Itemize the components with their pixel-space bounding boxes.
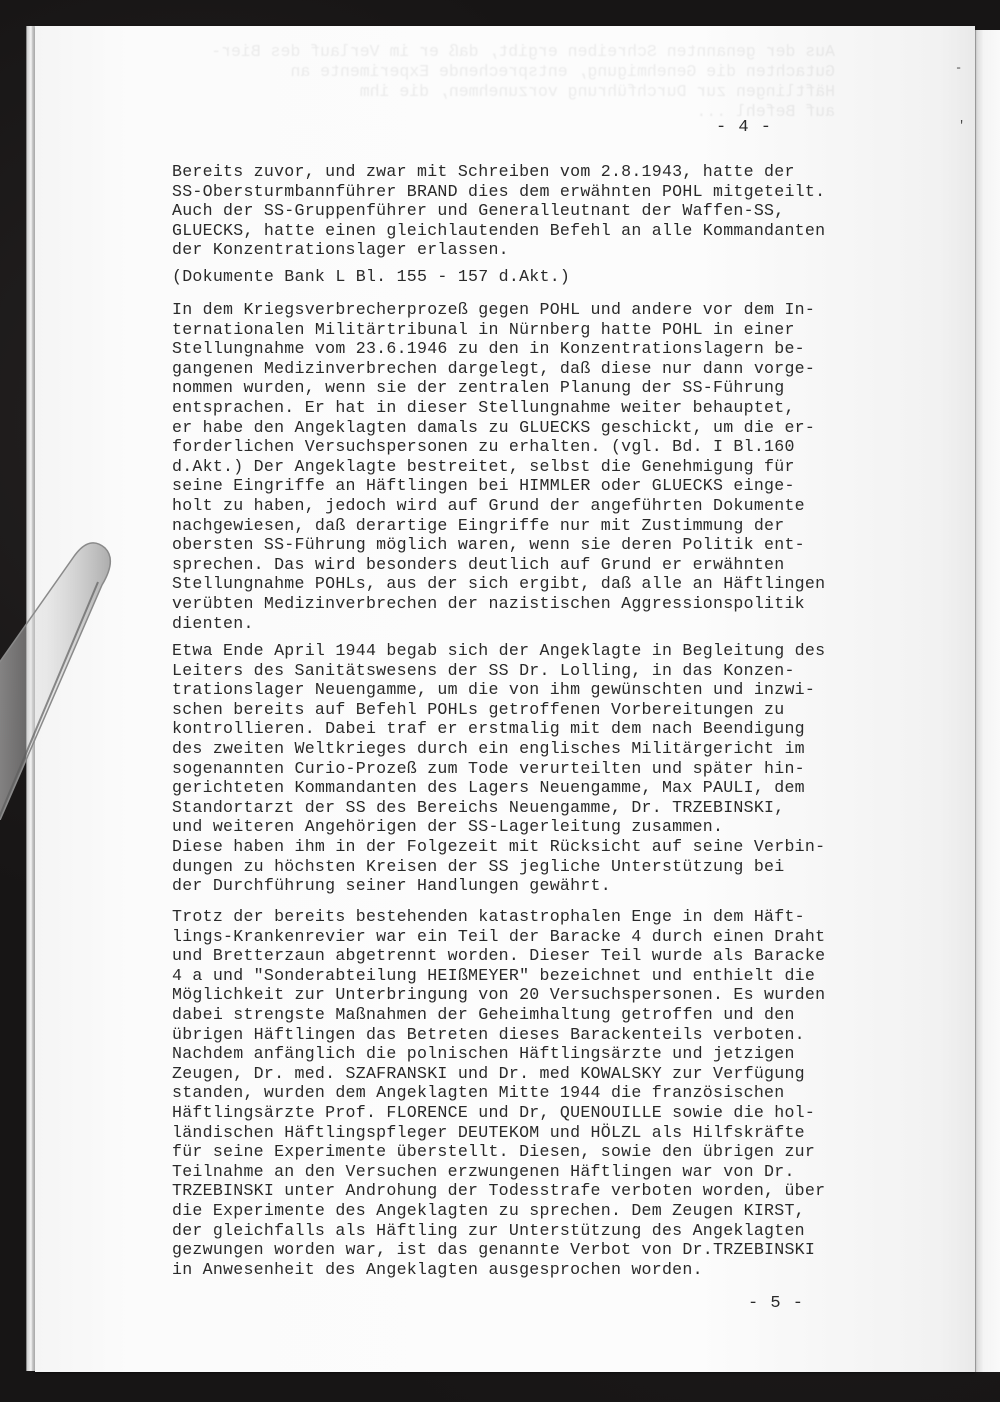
text-line: der Konzentrationslager erlassen. (172, 240, 825, 260)
text-line: nommen wurden, wenn sie der zentralen Pl… (172, 378, 825, 398)
text-line: TRZEBINSKI unter Androhung der Todesstra… (172, 1181, 825, 1201)
text-line: ternationalen Militärtribunal in Nürnber… (172, 320, 825, 340)
paragraph: In dem Kriegsverbrecherprozeß gegen POHL… (172, 300, 825, 633)
text-line: Teilnahme an den Versuchen erzwungenen H… (172, 1162, 825, 1182)
text-line: (Dokumente Bank L Bl. 155 - 157 d.Akt.) (172, 267, 570, 287)
text-line: Diese haben ihm in der Folgezeit mit Rüc… (172, 837, 825, 857)
text-line: des zweiten Weltkrieges durch ein englis… (172, 739, 825, 759)
text-line: dabei strengste Maßnahmen der Geheimhalt… (172, 1005, 825, 1025)
text-line: lings-Krankenrevier war ein Teil der Bar… (172, 927, 825, 947)
text-line: In dem Kriegsverbrecherprozeß gegen POHL… (172, 300, 825, 320)
text-line: und Bretterzaun abgetrennt worden. Diese… (172, 946, 825, 966)
text-line: Auch der SS-Gruppenführer und Generalleu… (172, 201, 825, 221)
text-line: standen, wurden dem Angeklagten Mitte 19… (172, 1083, 825, 1103)
text-line: und weiteren Angehörigen der SS-Lagerlei… (172, 817, 825, 837)
page-number-top: - 4 - (716, 118, 772, 137)
text-line: Stellungnahme vom 23.6.1946 zu den in Ko… (172, 339, 825, 359)
text-line: sogenannten Curio-Prozeß zum Tode verurt… (172, 759, 825, 779)
text-line: Leiters des Sanitätswesens der SS Dr. Lo… (172, 661, 825, 681)
text-line: holt zu haben, jedoch wird auf Grund der… (172, 496, 825, 516)
text-line: GLUECKS, hatte einen gleichlautenden Bef… (172, 221, 825, 241)
paragraph: Trotz der bereits bestehenden katastroph… (172, 907, 825, 1279)
text-line: Nachdem anfänglich die polnischen Häftli… (172, 1044, 825, 1064)
text-line: 4 a und "Sonderabteilung HEIßMEYER" beze… (172, 966, 825, 986)
text-line: dienten. (172, 614, 825, 634)
text-line: für seine Experimente überstellt. Diesen… (172, 1142, 825, 1162)
text-line: Möglichkeit zur Unterbringung von 20 Ver… (172, 985, 825, 1005)
paragraph: (Dokumente Bank L Bl. 155 - 157 d.Akt.) (172, 267, 570, 287)
text-line: in Anwesenheit des Angeklagten ausgespro… (172, 1260, 825, 1280)
text-line: sprechen. Das wird besonders deutlich au… (172, 555, 825, 575)
text-line: Bereits zuvor, und zwar mit Schreiben vo… (172, 162, 825, 182)
text-line: Standortarzt der SS des Bereichs Neuenga… (172, 798, 825, 818)
text-line: gerichteten Kommandanten des Lagers Neue… (172, 778, 825, 798)
text-line: SS-Obersturmbannführer BRAND dies dem er… (172, 182, 825, 202)
text-line: dungen zu höchsten Kreisen der SS jeglic… (172, 857, 825, 877)
text-line: er habe den Angeklagten damals zu GLUECK… (172, 418, 825, 438)
paragraph: Etwa Ende April 1944 begab sich der Ange… (172, 641, 825, 896)
text-line: kontrollieren. Dabei traf er erstmalig m… (172, 719, 825, 739)
text-line: die Experimente des Angeklagten zu sprec… (172, 1201, 825, 1221)
text-line: der gleichfalls als Häftling zur Unterst… (172, 1221, 825, 1241)
text-line: schen bereits auf Befehl POHLs getroffen… (172, 700, 825, 720)
text-line: nachgewiesen, daß derartige Eingriffe nu… (172, 516, 825, 536)
text-line: übrigen Häftlingen das Betreten dieses B… (172, 1025, 825, 1045)
page-number-bottom: - 5 - (748, 1294, 804, 1313)
text-line: Häftlingsärzte Prof. FLORENCE und Dr, QU… (172, 1103, 825, 1123)
paragraph: Bereits zuvor, und zwar mit Schreiben vo… (172, 162, 825, 260)
text-line: forderlichen Versuchspersonen zu erhalte… (172, 437, 825, 457)
text-line: gezwungen worden war, ist das genannte V… (172, 1240, 825, 1260)
stray-ink-mark: - (955, 62, 962, 74)
text-line: gangenen Medizinverbrechen dargelegt, da… (172, 359, 825, 379)
stray-ink-mark: ' (958, 120, 965, 132)
text-line: verübten Medizinverbrechen der nazistisc… (172, 594, 825, 614)
text-line: der Durchführung seiner Handlungen gewäh… (172, 876, 825, 896)
text-line: entsprachen. Er hat in dieser Stellungna… (172, 398, 825, 418)
text-line: d.Akt.) Der Angeklagte bestreitet, selbs… (172, 457, 825, 477)
text-line: seine Eingriffe an Häftlingen bei HIMMLE… (172, 476, 825, 496)
text-line: Etwa Ende April 1944 begab sich der Ange… (172, 641, 825, 661)
text-line: Trotz der bereits bestehenden katastroph… (172, 907, 825, 927)
text-line: trationslager Neuengamme, um die von ihm… (172, 680, 825, 700)
text-line: ländischen Häftlingspfleger DEUTEKOM und… (172, 1123, 825, 1143)
text-line: obersten SS-Führung möglich waren, wenn … (172, 535, 825, 555)
adjacent-page-edge (975, 30, 1000, 1372)
text-line: Zeugen, Dr. med. SZAFRANSKI und Dr. med … (172, 1064, 825, 1084)
text-line: Stellungnahme POHLs, aus der sich ergibt… (172, 574, 825, 594)
